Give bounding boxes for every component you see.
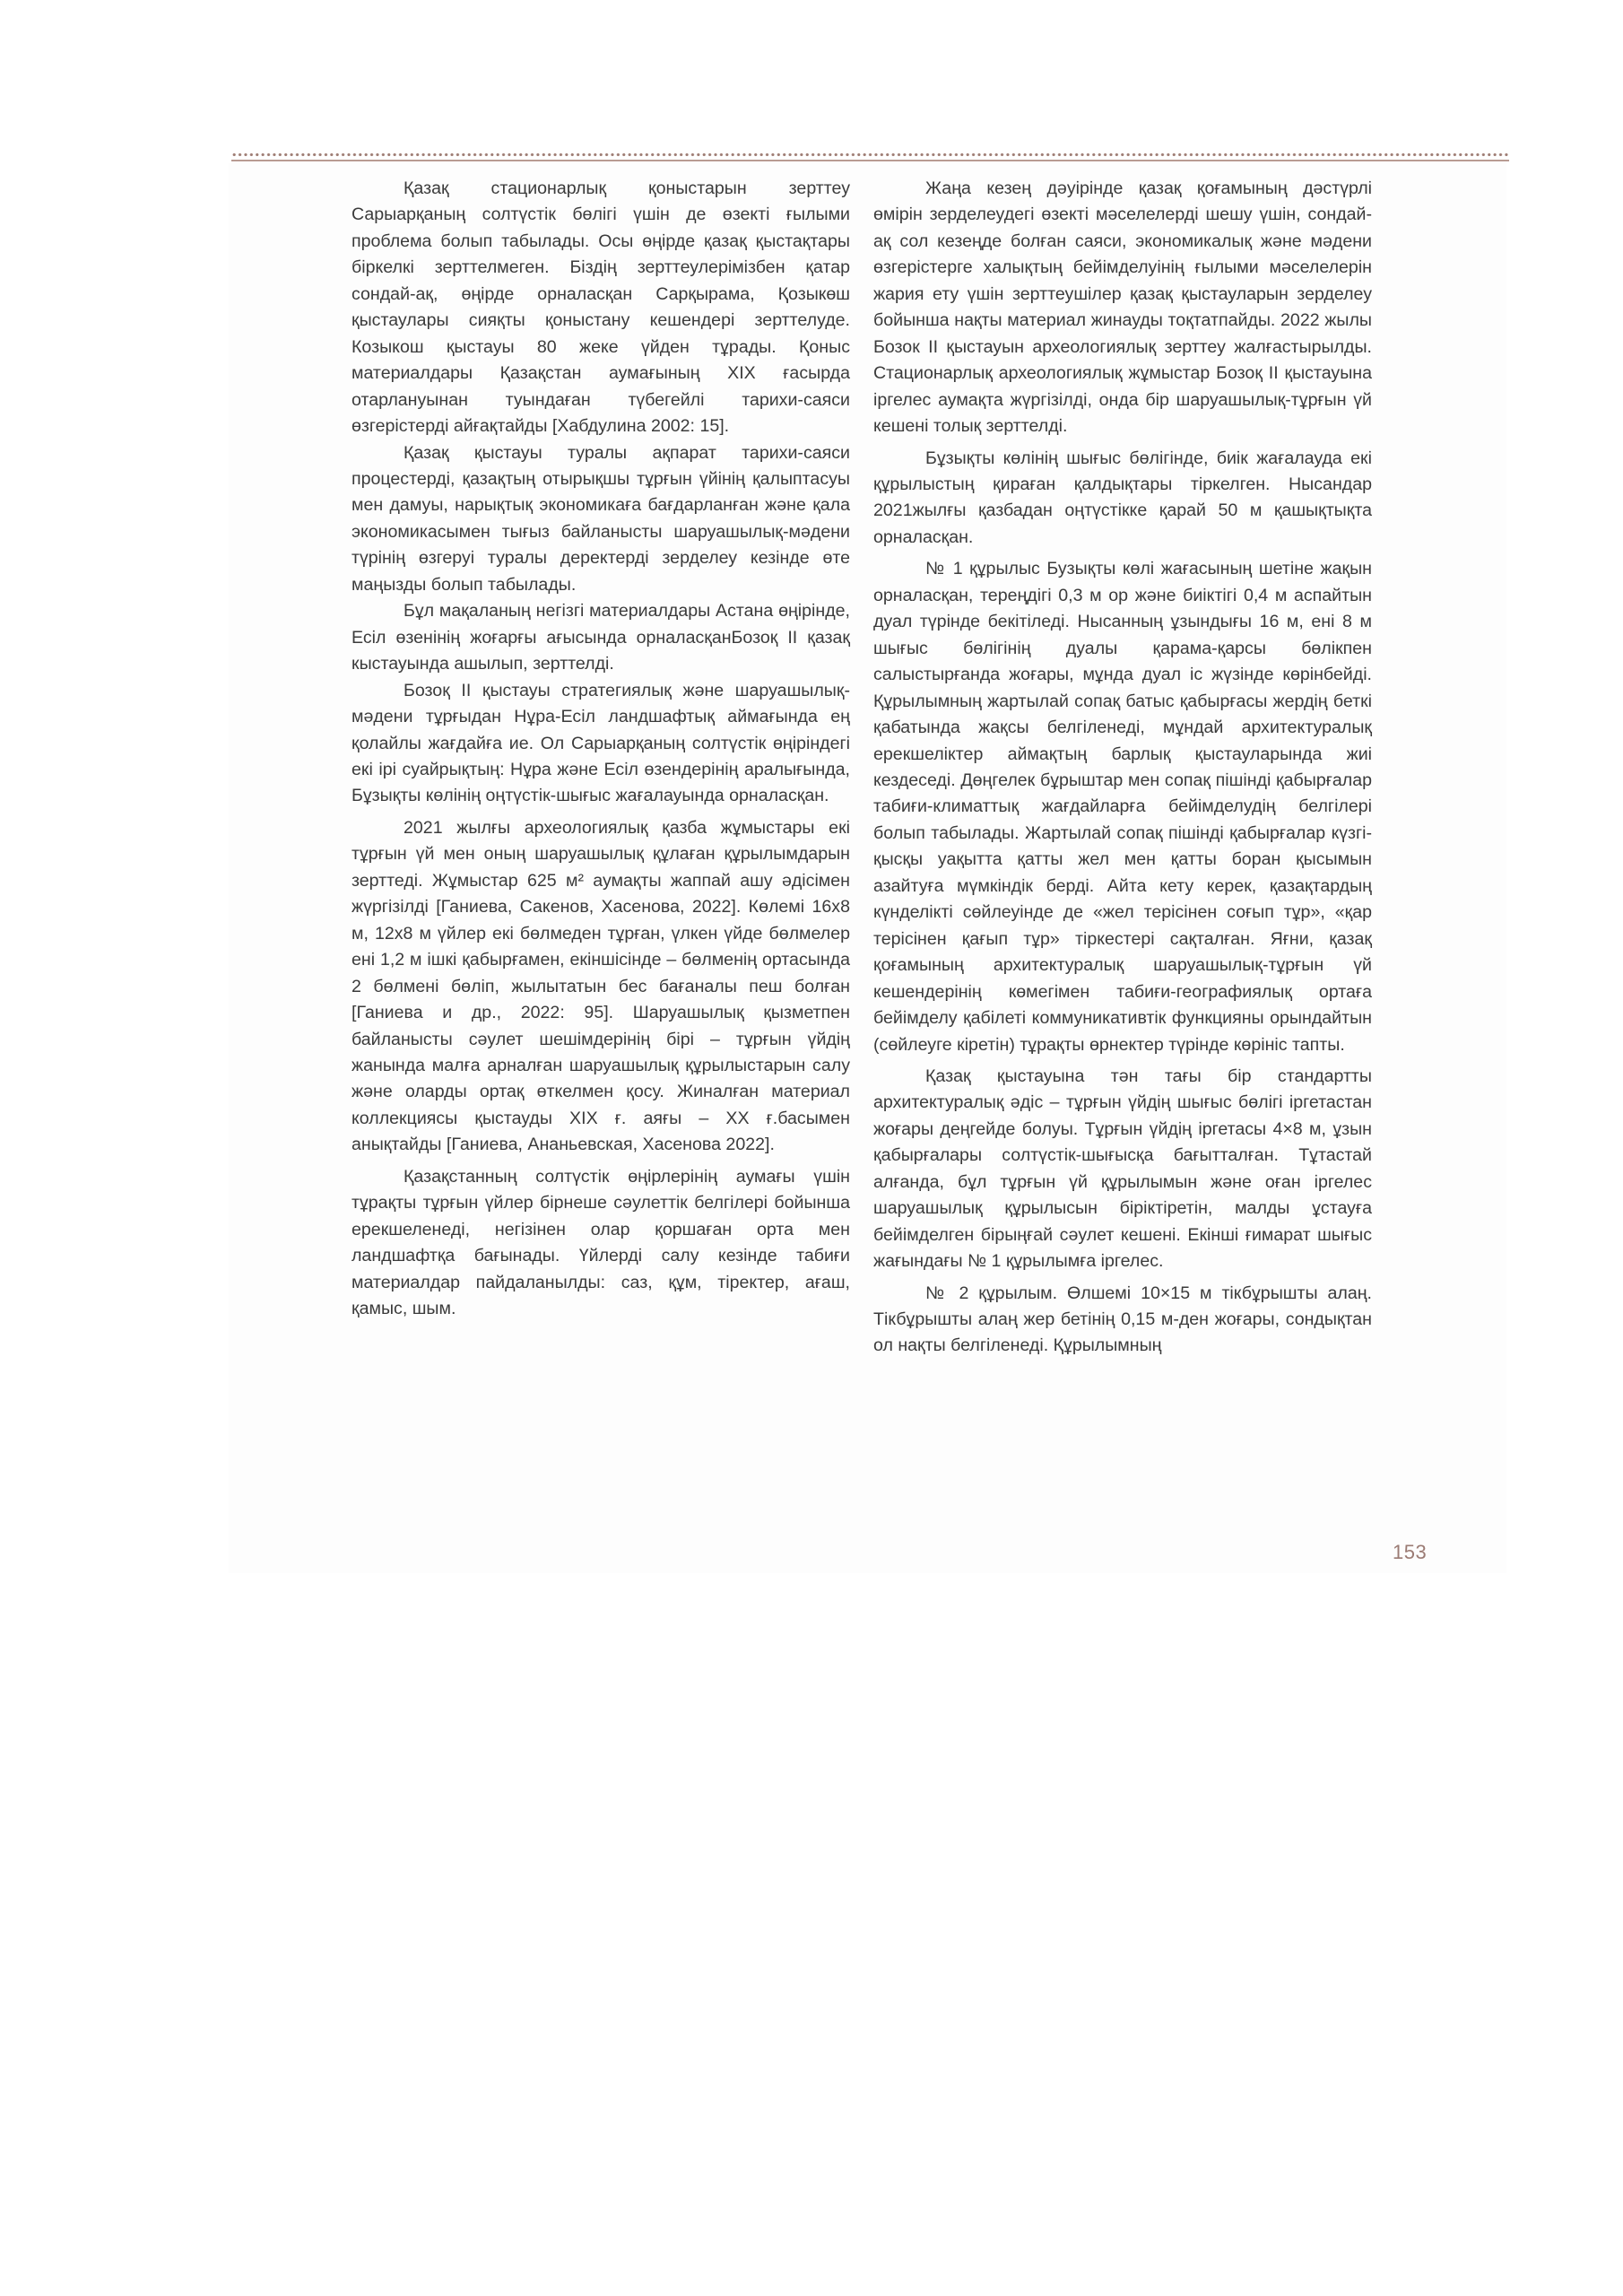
paragraph: Қазақ қыстауына тән тағы бір стандартты …	[873, 1064, 1372, 1275]
solid-rule	[231, 160, 1509, 161]
paragraph: Бұл мақаланың негізгі материалдары Астан…	[352, 598, 850, 677]
paragraph: Қазақ қыстауы туралы ақпарат тарихи-саяс…	[352, 440, 850, 599]
paragraph: Қазақ стационарлық қоныстарын зерттеу Са…	[352, 176, 850, 440]
paragraph: Жаңа кезең дәуірінде қазақ қоғамының дәс…	[873, 176, 1372, 440]
paragraph: № 2 құрылым. Өлшемі 10×15 м тікбұрышты а…	[873, 1281, 1372, 1360]
paragraph: Қазақстанның солтүстік өңірлерінің аумағ…	[352, 1164, 850, 1323]
dotted-rule	[231, 152, 1509, 157]
paragraph: 2021 жылғы археологиялық қазба жұмыстары…	[352, 815, 850, 1159]
page-number: 153	[1393, 1541, 1427, 1564]
paragraph: Бұзықты көлінің шығыс бөлігінде, биік жа…	[873, 446, 1372, 552]
right-column: Жаңа кезең дәуірінде қазақ қоғамының дәс…	[873, 176, 1372, 1360]
left-column: Қазақ стационарлық қоныстарын зерттеу Са…	[352, 176, 850, 1322]
paragraph: Бозоқ II қыстауы стратегиялық және шаруа…	[352, 678, 850, 810]
header-decorative-rule	[231, 152, 1509, 165]
paragraph: № 1 құрылыс Бузықты көлі жағасының шетін…	[873, 556, 1372, 1058]
